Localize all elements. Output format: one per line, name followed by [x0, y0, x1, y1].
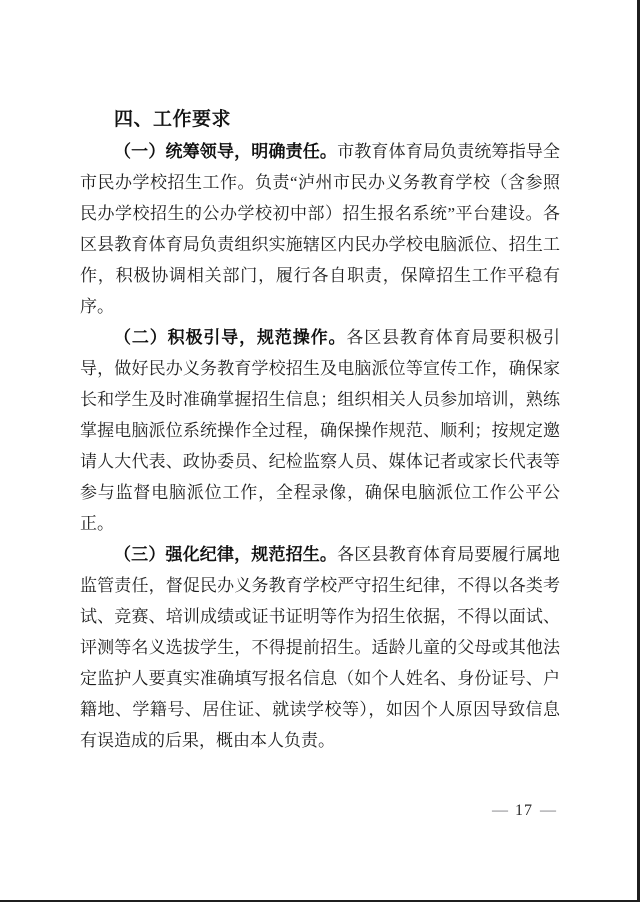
paragraph-1: （一）统筹领导，明确责任。市教育体育局负责统筹指导全市民办学校招生工作。负责“泸…: [80, 136, 560, 322]
paragraph-2: （二）积极引导，规范操作。各区县教育体育局要积极引导，做好民办义务教育学校招生及…: [80, 322, 560, 539]
paragraph-1-lead: （一）统筹领导，明确责任。: [114, 142, 337, 161]
paragraph-2-text: 各区县教育体育局要积极引导，做好民办义务教育学校招生及电脑派位等宣传工作，确保家…: [80, 328, 560, 533]
document-page: 四、工作要求 （一）统筹领导，明确责任。市教育体育局负责统筹指导全市民办学校招生…: [0, 0, 640, 902]
page-footer: — 17 —: [492, 801, 556, 821]
page-number: 17: [515, 801, 533, 821]
paragraph-3: （三）强化纪律，规范招生。各区县教育体育局要履行属地监管责任，督促民办义务教育学…: [80, 539, 560, 756]
section-heading: 四、工作要求: [114, 103, 560, 136]
footer-dash-right: —: [540, 803, 556, 819]
paragraph-1-text: 市教育体育局负责统筹指导全市民办学校招生工作。负责“泸州市民办义务教育学校（含参…: [80, 142, 560, 316]
footer-dash-left: —: [492, 803, 508, 819]
paragraph-2-lead: （二）积极引导，规范操作。: [114, 328, 346, 347]
paragraph-3-text: 各区县教育体育局要履行属地监管责任，督促民办义务教育学校严守招生纪律，不得以各类…: [80, 545, 560, 750]
paragraph-3-lead: （三）强化纪律，规范招生。: [114, 545, 337, 564]
document-body: 四、工作要求 （一）统筹领导，明确责任。市教育体育局负责统筹指导全市民办学校招生…: [80, 103, 560, 756]
